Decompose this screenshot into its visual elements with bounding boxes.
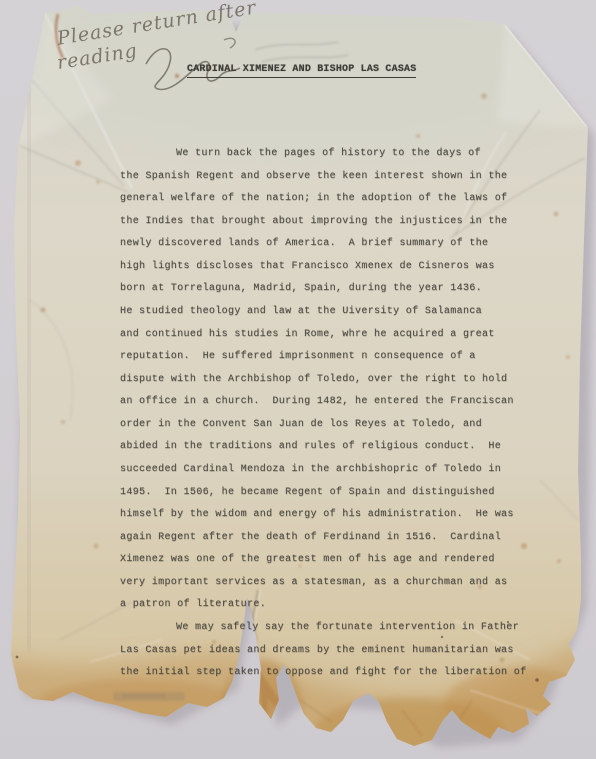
- typewritten-line: We may safely say the fortunate interven…: [176, 622, 519, 633]
- typewritten-line: a patron of literature.: [120, 599, 266, 610]
- typewritten-line: Las Casas pet ideas and dreams by the em…: [120, 645, 514, 656]
- typewritten-line: himself by the widom and energy of his a…: [120, 509, 514, 520]
- typewritten-line: again Regent after the death of Ferdinan…: [120, 532, 501, 543]
- typewritten-line: abided in the traditions and rules of re…: [120, 441, 501, 452]
- typewritten-line: reputation. He suffered imprisonment n c…: [120, 351, 476, 362]
- typewritten-line: dispute with the Archbishop of Toledo, o…: [120, 374, 507, 385]
- typewritten-line: born at Torrelaguna, Madrid, Spain, duri…: [120, 283, 482, 294]
- ghost-stamp: [113, 692, 185, 701]
- typewritten-line: Ximenez was one of the greatest men of h…: [120, 554, 495, 565]
- typewritten-line: order in the Convent San Juan de los Rey…: [120, 419, 482, 430]
- typewritten-line: general welfare of the nation; in the ad…: [120, 193, 507, 204]
- typewritten-line: We turn back the pages of history to the…: [176, 148, 481, 159]
- typewritten-line: He studied theology and law at the Uiver…: [120, 306, 482, 317]
- typewritten-line: very important services as a statesman, …: [120, 577, 507, 588]
- typewritten-line: high lights discloses that Francisco Xme…: [120, 261, 495, 272]
- typewritten-line: 1495. In 1506, he became Regent of Spain…: [120, 487, 495, 498]
- document-title: CARDINAL XIMENEZ AND BISHOP LAS CASAS: [187, 64, 416, 78]
- tan-stain: [35, 679, 245, 731]
- typewritten-line: the Spanish Regent and observe the keen …: [120, 171, 507, 182]
- edge-shading: [28, 60, 30, 650]
- typewritten-line: the Indies that brought about improving …: [120, 216, 507, 227]
- scanned-document-page: Please return after reading CARDINAL XIM…: [0, 0, 596, 759]
- typewritten-line: the initial step taken to oppose and fig…: [120, 667, 526, 678]
- typewritten-line: and continued his studies in Rome, whre …: [120, 329, 495, 340]
- typewritten-line: succeeded Cardinal Mendoza in the archbi…: [120, 464, 501, 475]
- typewritten-line: an office in a church. During 1482, he e…: [120, 396, 514, 407]
- typewritten-line: newly discovered lands of America. A bri…: [120, 238, 488, 249]
